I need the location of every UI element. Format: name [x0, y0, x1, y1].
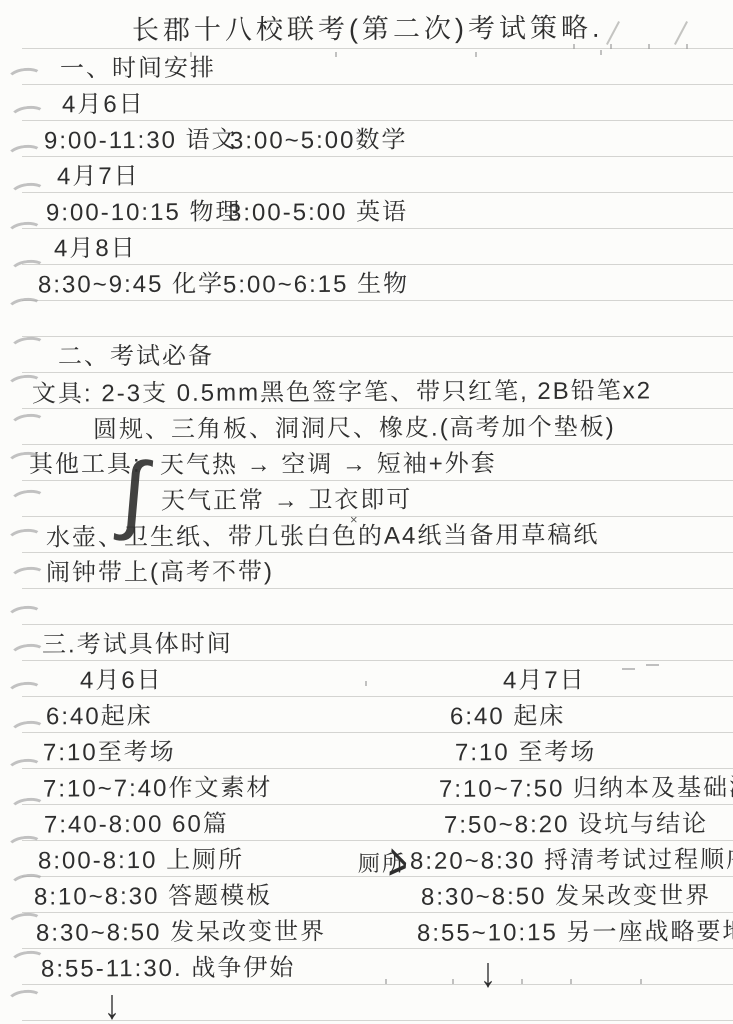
right-down-arrow-icon: ↓	[480, 946, 496, 998]
timetable-right-row: 7:10~7:50 归纳本及基础漏洞	[439, 773, 733, 805]
schedule-day-2-am: 9:00-10:15 物理	[46, 197, 242, 228]
timetable-left-row: 7:40-8:00 60篇	[44, 810, 229, 841]
tick-mark	[521, 979, 523, 984]
schedule-day-2-date: 4月7日	[57, 162, 140, 192]
tick-mark	[640, 979, 642, 984]
tick-mark	[600, 50, 602, 55]
timetable-left-row: 8:30~8:50 发呆改变世界	[36, 917, 326, 949]
schedule-day-1-am: 9:00-11:30 语文	[44, 125, 238, 156]
tick-mark	[190, 52, 192, 57]
timetable-right-row: 8:20~8:30 捋清考试过程顺序	[410, 845, 733, 877]
timetable-right-date: 4月7日	[503, 666, 586, 696]
essentials-heading: 二、考试必备	[58, 342, 214, 373]
weather-normal-line: 天气正常 → 卫衣即可	[161, 485, 412, 516]
stationery-line-1: 文具: 2-3支 0.5mm黑色签字笔、带只红笔, 2B铅笔x2	[32, 376, 652, 409]
tick-mark	[573, 44, 575, 49]
timetable-heading: 三.考试具体时间	[42, 630, 233, 661]
schedule-day-1-pm: 3:00~5:00数学	[230, 126, 408, 157]
page-title: 长郡十八校联考(第二次)考试策略.	[132, 12, 604, 48]
timetable-left-row: 7:10至考场	[43, 738, 176, 769]
tick-mark	[475, 52, 477, 57]
dash-mark	[646, 664, 659, 666]
tick-mark	[335, 52, 337, 57]
schedule-day-2-pm: 3:00-5:00 英语	[228, 198, 408, 229]
timetable-right-row: 8:55~10:15 另一座战略要地	[417, 917, 733, 949]
timetable-right-row: 8:30~8:50 发呆改变世界	[421, 881, 711, 913]
weather-hot-line: 天气热 → 空调 → 短袖+外套	[160, 449, 497, 481]
tick-mark	[365, 681, 367, 686]
tick-mark	[610, 44, 612, 49]
stationery-line-2: 圆规、三角板、洞洞尺、橡皮.(高考加个垫板)	[93, 413, 616, 446]
schedule-day-3-am: 8:30~9:45 化学	[38, 270, 224, 301]
tick-mark	[570, 979, 572, 984]
dash-mark	[622, 668, 635, 670]
timetable-left-row: 6:40起床	[46, 702, 153, 733]
tick-mark	[648, 44, 650, 49]
tick-mark	[385, 979, 387, 984]
timetable-left-row: 7:10~7:40作文素材	[43, 773, 273, 804]
tick-mark	[452, 979, 454, 984]
schedule-day-3-pm: 5:00~6:15 生物	[223, 270, 409, 301]
timetable-right-row: 6:40 起床	[450, 702, 566, 733]
alarm-line: 闹钟带上(高考不带)	[46, 557, 274, 588]
timetable-left-row: 8:10~8:30 答题模板	[34, 881, 272, 912]
timetable-right-row: 7:50~8:20 设坑与结论	[444, 809, 708, 840]
scribble-mark: ×	[350, 512, 358, 528]
timetable-left-row: 8:00-8:10 上厕所	[38, 845, 244, 876]
notebook-page: 长郡十八校联考(第二次)考试策略. 一、时间安排 4月6日 9:00-11:30…	[0, 0, 733, 1024]
left-down-arrow-icon: ↓	[104, 978, 120, 1024]
timetable-left-row: 8:55-11:30. 战争伊始	[41, 953, 295, 984]
schedule-day-3-date: 4月8日	[54, 234, 137, 264]
timetable-right-row: 7:10 至考场	[455, 738, 597, 769]
schedule-heading: 一、时间安排	[60, 54, 216, 85]
schedule-day-1-date: 4月6日	[62, 90, 145, 120]
tick-mark	[686, 44, 688, 49]
timetable-left-date: 4月6日	[80, 666, 163, 696]
supplies-line: 水壶、卫生纸、带几张白色的A4纸当备用草稿纸	[46, 521, 600, 554]
